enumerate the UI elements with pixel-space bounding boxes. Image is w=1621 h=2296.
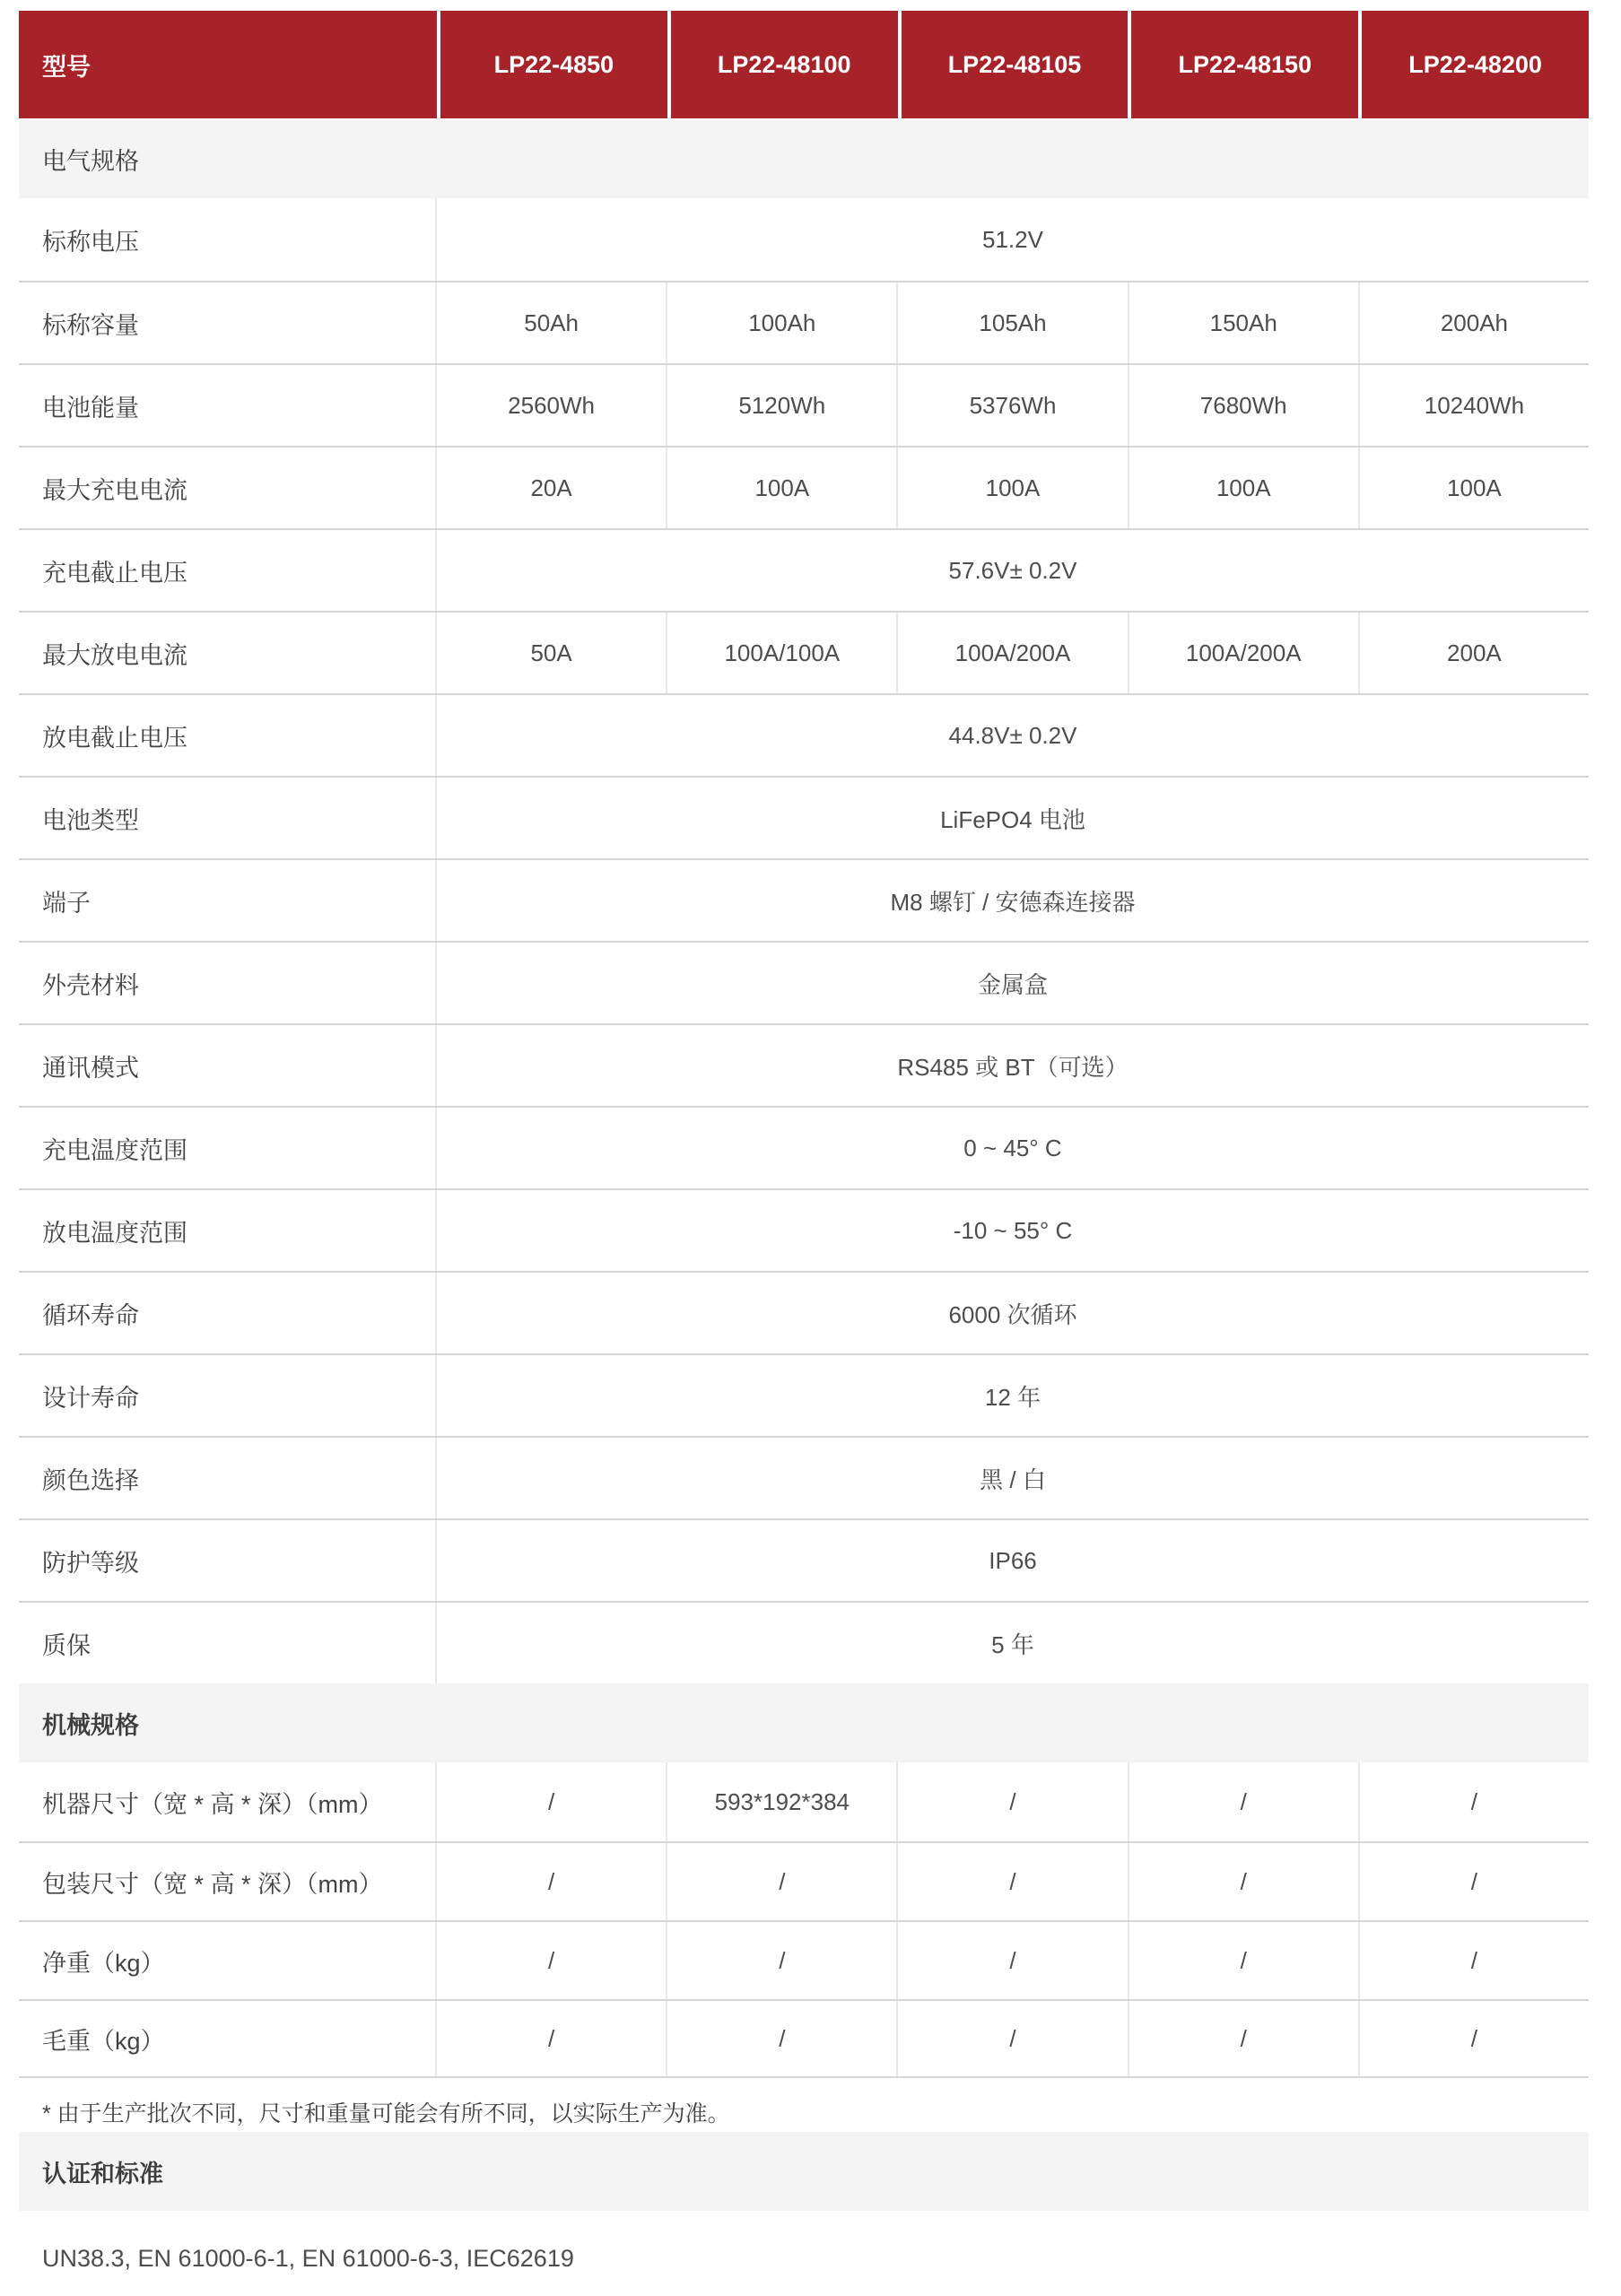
header-model: LP22-4850 [437,11,667,118]
row-value: / [437,1762,666,1841]
table-row: 最大放电电流50A100A/100A100A/200A100A/200A200A [19,611,1589,693]
row-value-merged: 6000 次循环 [437,1273,1589,1353]
table-row: 毛重（kg）///// [19,1999,1589,2078]
row-value-merged: RS485 或 BT（可选） [437,1025,1589,1106]
section-title: 认证和标准 [42,2154,163,2189]
row-value: 100A/200A [1128,613,1358,693]
row-value-merged: 黑 / 白 [437,1438,1589,1518]
row-label: 包装尺寸（宽 * 高 * 深）（mm） [19,1843,437,1920]
table-row: 防护等级IP66 [19,1518,1589,1601]
footnote: * 由于生产批次不同，尺寸和重量可能会有所不同，以实际生产为准。 [19,2078,1589,2132]
row-value: / [666,1922,896,1999]
row-value: 50A [437,613,666,693]
row-value-merged: 0 ~ 45° C [437,1108,1589,1188]
row-value: 100A/200A [896,613,1127,693]
section-header-electrical: 电气规格 [19,119,1589,198]
row-label: 放电温度范围 [19,1190,437,1271]
row-label: 防护等级 [19,1520,437,1601]
table-row: 最大充电电流20A100A100A100A100A [19,446,1589,528]
header-model: LP22-48105 [898,11,1129,118]
row-value: 100A [1128,448,1358,528]
row-value: / [437,2001,666,2076]
row-label: 最大放电电流 [19,613,437,693]
row-value: / [1128,1762,1358,1841]
row-label: 放电截止电压 [19,695,437,776]
row-label: 毛重（kg） [19,2001,437,2076]
row-value: 100A [896,448,1127,528]
row-value-merged: LiFePO4 电池 [437,778,1589,858]
row-label: 充电温度范围 [19,1108,437,1188]
header-model: LP22-48100 [667,11,898,118]
table-row: 标称电压51.2V [19,198,1589,281]
table-row: 设计寿命12 年 [19,1353,1589,1436]
row-value: / [437,1922,666,1999]
row-label: 端子 [19,860,437,941]
table-row: 通讯模式RS485 或 BT（可选） [19,1023,1589,1106]
row-value: / [1128,1922,1358,1999]
row-value-merged: 5 年 [437,1603,1589,1683]
row-value: 2560Wh [437,365,666,446]
row-value: / [1358,1762,1589,1841]
row-label: 外壳材料 [19,943,437,1023]
row-value-merged: 44.8V± 0.2V [437,695,1589,776]
row-label: 颜色选择 [19,1438,437,1518]
header-model: LP22-48200 [1358,11,1589,118]
row-value: 105Ah [896,283,1127,363]
row-value: / [896,2001,1127,2076]
section-header-certifications: 认证和标准 [19,2132,1589,2211]
table-row: 循环寿命6000 次循环 [19,1271,1589,1353]
row-value: / [437,1843,666,1920]
row-value-merged: 金属盒 [437,943,1589,1023]
row-value: 100A [1358,448,1589,528]
section-title: 机械规格 [42,1706,139,1741]
certifications-text: UN38.3, EN 61000-6-1, EN 61000-6-3, IEC6… [19,2211,1589,2273]
row-label: 电池类型 [19,778,437,858]
row-value: 5376Wh [896,365,1127,446]
row-label: 质保 [19,1603,437,1683]
table-header-row: 型号 LP22-4850 LP22-48100 LP22-48105 LP22-… [19,11,1589,118]
row-label: 标称电压 [19,198,437,281]
row-label: 机器尺寸（宽 * 高 * 深）（mm） [19,1762,437,1841]
row-value: 150Ah [1128,283,1358,363]
row-value: / [666,2001,896,2076]
row-value: 7680Wh [1128,365,1358,446]
row-label: 通讯模式 [19,1025,437,1106]
header-model: LP22-48150 [1128,11,1358,118]
row-value-merged: 51.2V [437,198,1589,281]
row-value: 100A/100A [666,613,896,693]
row-value-merged: 57.6V± 0.2V [437,530,1589,611]
row-value: 10240Wh [1358,365,1589,446]
row-value: 5120Wh [666,365,896,446]
row-value: / [1128,1843,1358,1920]
row-value: / [896,1762,1127,1841]
table-row: 电池能量2560Wh5120Wh5376Wh7680Wh10240Wh [19,363,1589,446]
section-title: 电气规格 [42,142,139,177]
spec-table: 型号 LP22-4850 LP22-48100 LP22-48105 LP22-… [19,11,1589,2273]
table-body: 电气规格标称电压51.2V标称容量50Ah100Ah105Ah150Ah200A… [19,119,1589,2078]
table-row: 颜色选择黑 / 白 [19,1436,1589,1518]
row-value: / [666,1843,896,1920]
row-value-merged: IP66 [437,1520,1589,1601]
row-value: 200Ah [1358,283,1589,363]
row-value: / [1358,1843,1589,1920]
row-label: 充电截止电压 [19,530,437,611]
table-row: 放电温度范围-10 ~ 55° C [19,1188,1589,1271]
row-label: 标称容量 [19,283,437,363]
table-row: 端子M8 螺钉 / 安德森连接器 [19,858,1589,941]
row-value: / [1358,1922,1589,1999]
row-value: 593*192*384 [666,1762,896,1841]
row-label: 净重（kg） [19,1922,437,1999]
row-value: 200A [1358,613,1589,693]
table-row: 标称容量50Ah100Ah105Ah150Ah200Ah [19,281,1589,363]
row-label: 电池能量 [19,365,437,446]
table-row: 质保5 年 [19,1601,1589,1683]
table-row: 充电温度范围0 ~ 45° C [19,1106,1589,1188]
table-row: 放电截止电压44.8V± 0.2V [19,693,1589,776]
section-header-mechanical: 机械规格 [19,1683,1589,1762]
row-value-merged: 12 年 [437,1355,1589,1436]
row-label: 循环寿命 [19,1273,437,1353]
row-label: 设计寿命 [19,1355,437,1436]
table-row: 包装尺寸（宽 * 高 * 深）（mm）///// [19,1841,1589,1920]
section-rows-electrical: 标称电压51.2V标称容量50Ah100Ah105Ah150Ah200Ah电池能… [19,198,1589,1683]
table-row: 电池类型LiFePO4 电池 [19,776,1589,858]
row-value-merged: -10 ~ 55° C [437,1190,1589,1271]
row-value: 20A [437,448,666,528]
row-value: / [1358,2001,1589,2076]
row-value: / [1128,2001,1358,2076]
row-value: 100Ah [666,283,896,363]
table-row: 机器尺寸（宽 * 高 * 深）（mm）/593*192*384/// [19,1762,1589,1841]
table-row: 外壳材料金属盒 [19,941,1589,1023]
row-value: 50Ah [437,283,666,363]
row-value: / [896,1922,1127,1999]
row-value: 100A [666,448,896,528]
row-value: / [896,1843,1127,1920]
row-value-merged: M8 螺钉 / 安德森连接器 [437,860,1589,941]
row-label: 最大充电电流 [19,448,437,528]
section-rows-mechanical: 机器尺寸（宽 * 高 * 深）（mm）/593*192*384///包装尺寸（宽… [19,1762,1589,2078]
table-row: 充电截止电压57.6V± 0.2V [19,528,1589,611]
table-row: 净重（kg）///// [19,1920,1589,1999]
header-model-label: 型号 [19,11,437,118]
